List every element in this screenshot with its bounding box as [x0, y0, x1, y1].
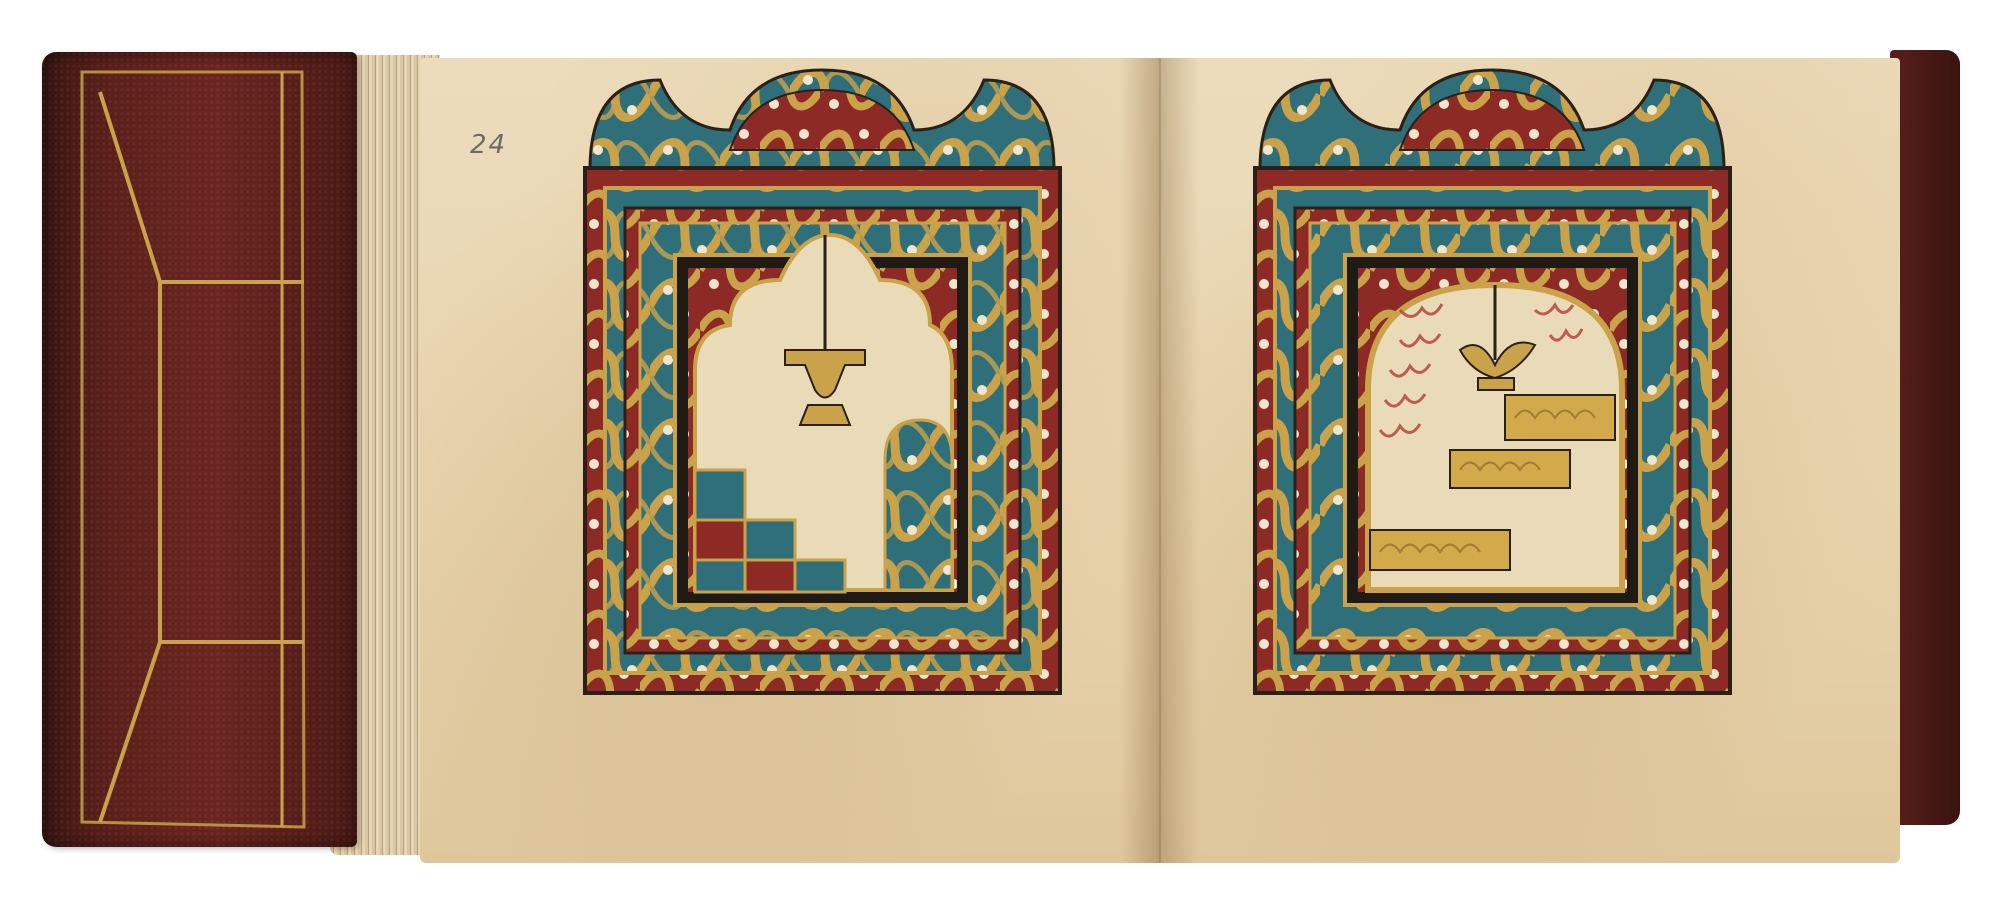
leather-flap: [42, 52, 357, 847]
folio-number: 24: [470, 130, 507, 160]
left-illuminated-panel: [580, 60, 1065, 700]
manuscript-photo: 24: [0, 0, 2000, 915]
book-gutter: [1120, 58, 1200, 863]
rear-cover: [1890, 50, 1960, 825]
gold-tooling-icon: [42, 52, 357, 847]
right-illuminated-panel: [1250, 60, 1735, 700]
